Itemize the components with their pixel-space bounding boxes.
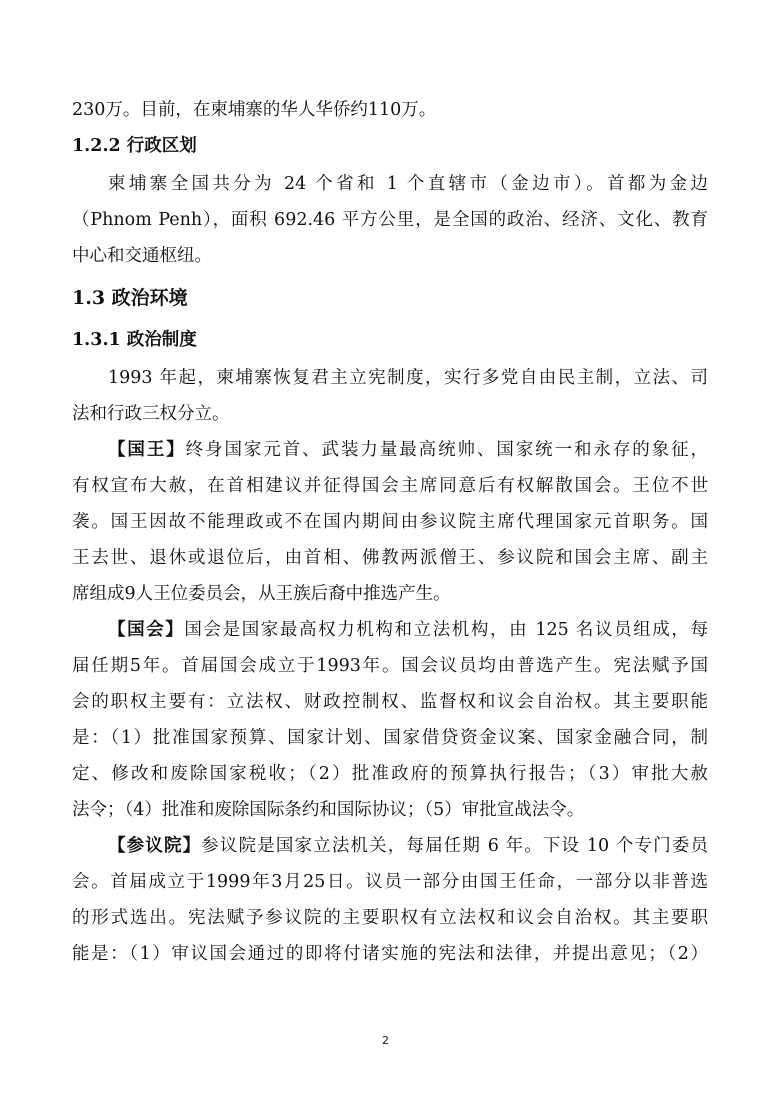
label-senate: 【参议院】 bbox=[108, 836, 201, 856]
body-text-line: 会的职权主要有：立法权、财政控制权、监督权和议会自治权。其主要职能 bbox=[72, 684, 708, 720]
body-text-line: 王去世、退休或退位后，由首相、佛教两派僧王、参议院和国会主席、副主 bbox=[72, 540, 708, 576]
body-text-line: 法令；（4）批准和废除国际条约和国际协议；（5）审批宣战法令。 bbox=[72, 792, 708, 828]
page-number: 2 bbox=[0, 1034, 771, 1047]
body-text-line: 法和行政三权分立。 bbox=[72, 396, 708, 432]
body-text-line: 届任期5年。首届国会成立于1993年。国会议员均由普选产生。宪法赋予国 bbox=[72, 648, 708, 684]
paragraph-political-system: 1993 年起，柬埔寨恢复君主立宪制度，实行多党自由民主制，立法、司 法和行政三… bbox=[72, 360, 708, 432]
paragraph-king: 【国王】终身国家元首、武装力量最高统帅、国家统一和永存的象征， 有权宣布大赦，在… bbox=[72, 432, 708, 612]
section-heading-1-2-2: 1.2.2 行政区划 bbox=[72, 128, 708, 166]
body-text-line: （Phnom Penh），面积 692.46 平方公里，是全国的政治、经济、文化… bbox=[72, 202, 708, 238]
document-page: 230万。目前，在柬埔寨的华人华侨约110万。 1.2.2 行政区划 柬埔寨全国… bbox=[72, 92, 708, 972]
body-text-line: 能是：（1）审议国会通过的即将付诸实施的宪法和法律，并提出意见；（2） bbox=[72, 936, 708, 972]
paragraph-admin-divisions: 柬埔寨全国共分为 24 个省和 1 个直辖市（金边市）。首都为金边 （Phnom… bbox=[72, 166, 708, 274]
body-text-line: 【国会】国会是国家最高权力机构和立法机构，由 125 名议员组成，每 bbox=[72, 612, 708, 648]
line-text: 参议院是国家立法机关，每届任期 6 年。下设 10 个专门委员 bbox=[201, 836, 708, 856]
body-text-line: 【参议院】参议院是国家立法机关，每届任期 6 年。下设 10 个专门委员 bbox=[72, 828, 708, 864]
body-text-line: 是：（1）批准国家预算、国家计划、国家借贷资金议案、国家金融合同，制 bbox=[72, 720, 708, 756]
label-king: 【国王】 bbox=[108, 440, 186, 460]
body-text-line: 的形式选出。宪法赋予参议院的主要职权有立法权和议会自治权。其主要职 bbox=[72, 900, 708, 936]
label-national-assembly: 【国会】 bbox=[108, 620, 184, 640]
body-text-line: 定、修改和废除国家税收；（2）批准政府的预算执行报告；（3）审批大赦 bbox=[72, 756, 708, 792]
paragraph-senate: 【参议院】参议院是国家立法机关，每届任期 6 年。下设 10 个专门委员 会。首… bbox=[72, 828, 708, 972]
section-heading-1-3-1: 1.3.1 政治制度 bbox=[72, 322, 708, 360]
paragraph-national-assembly: 【国会】国会是国家最高权力机构和立法机构，由 125 名议员组成，每 届任期5年… bbox=[72, 612, 708, 828]
body-text-line: 【国王】终身国家元首、武装力量最高统帅、国家统一和永存的象征， bbox=[72, 432, 708, 468]
body-text-line: 中心和交通枢纽。 bbox=[72, 238, 708, 274]
body-text-line: 席组成9人王位委员会，从王族后裔中推选产生。 bbox=[72, 576, 708, 612]
body-text-line: 1993 年起，柬埔寨恢复君主立宪制度，实行多党自由民主制，立法、司 bbox=[72, 360, 708, 396]
body-text-line: 会。首届成立于1999年3月25日。议员一部分由国王任命，一部分以非普选 bbox=[72, 864, 708, 900]
body-text-line: 袭。国王因故不能理政或不在国内期间由参议院主席代理国家元首职务。国 bbox=[72, 504, 708, 540]
line-text: 终身国家元首、武装力量最高统帅、国家统一和永存的象征， bbox=[186, 440, 708, 460]
section-heading-1-3: 1.3 政治环境 bbox=[72, 278, 708, 322]
line-text: 国会是国家最高权力机构和立法机构，由 125 名议员组成，每 bbox=[184, 620, 708, 640]
body-text-line: 柬埔寨全国共分为 24 个省和 1 个直辖市（金边市）。首都为金边 bbox=[72, 166, 708, 202]
body-text-line: 有权宣布大赦，在首相建议并征得国会主席同意后有权解散国会。王位不世 bbox=[72, 468, 708, 504]
body-text-line: 230万。目前，在柬埔寨的华人华侨约110万。 bbox=[72, 92, 708, 128]
